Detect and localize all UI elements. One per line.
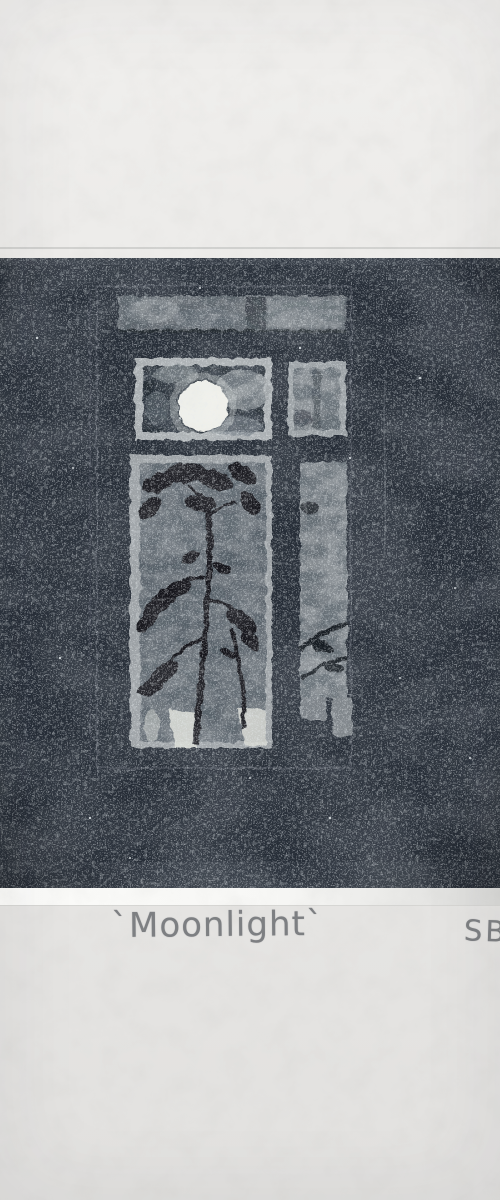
photo-of-etching-print: `Moonlight` SB xyxy=(0,0,500,1200)
plate-vignette xyxy=(0,258,500,888)
plate-mark-line xyxy=(0,247,500,249)
title-inscription: `Moonlight` xyxy=(111,904,324,946)
window-etching-scene xyxy=(0,258,500,888)
plate-impression xyxy=(0,258,500,888)
artist-signature: SB xyxy=(463,913,500,949)
pencil-caption: `Moonlight` SB xyxy=(0,898,500,993)
